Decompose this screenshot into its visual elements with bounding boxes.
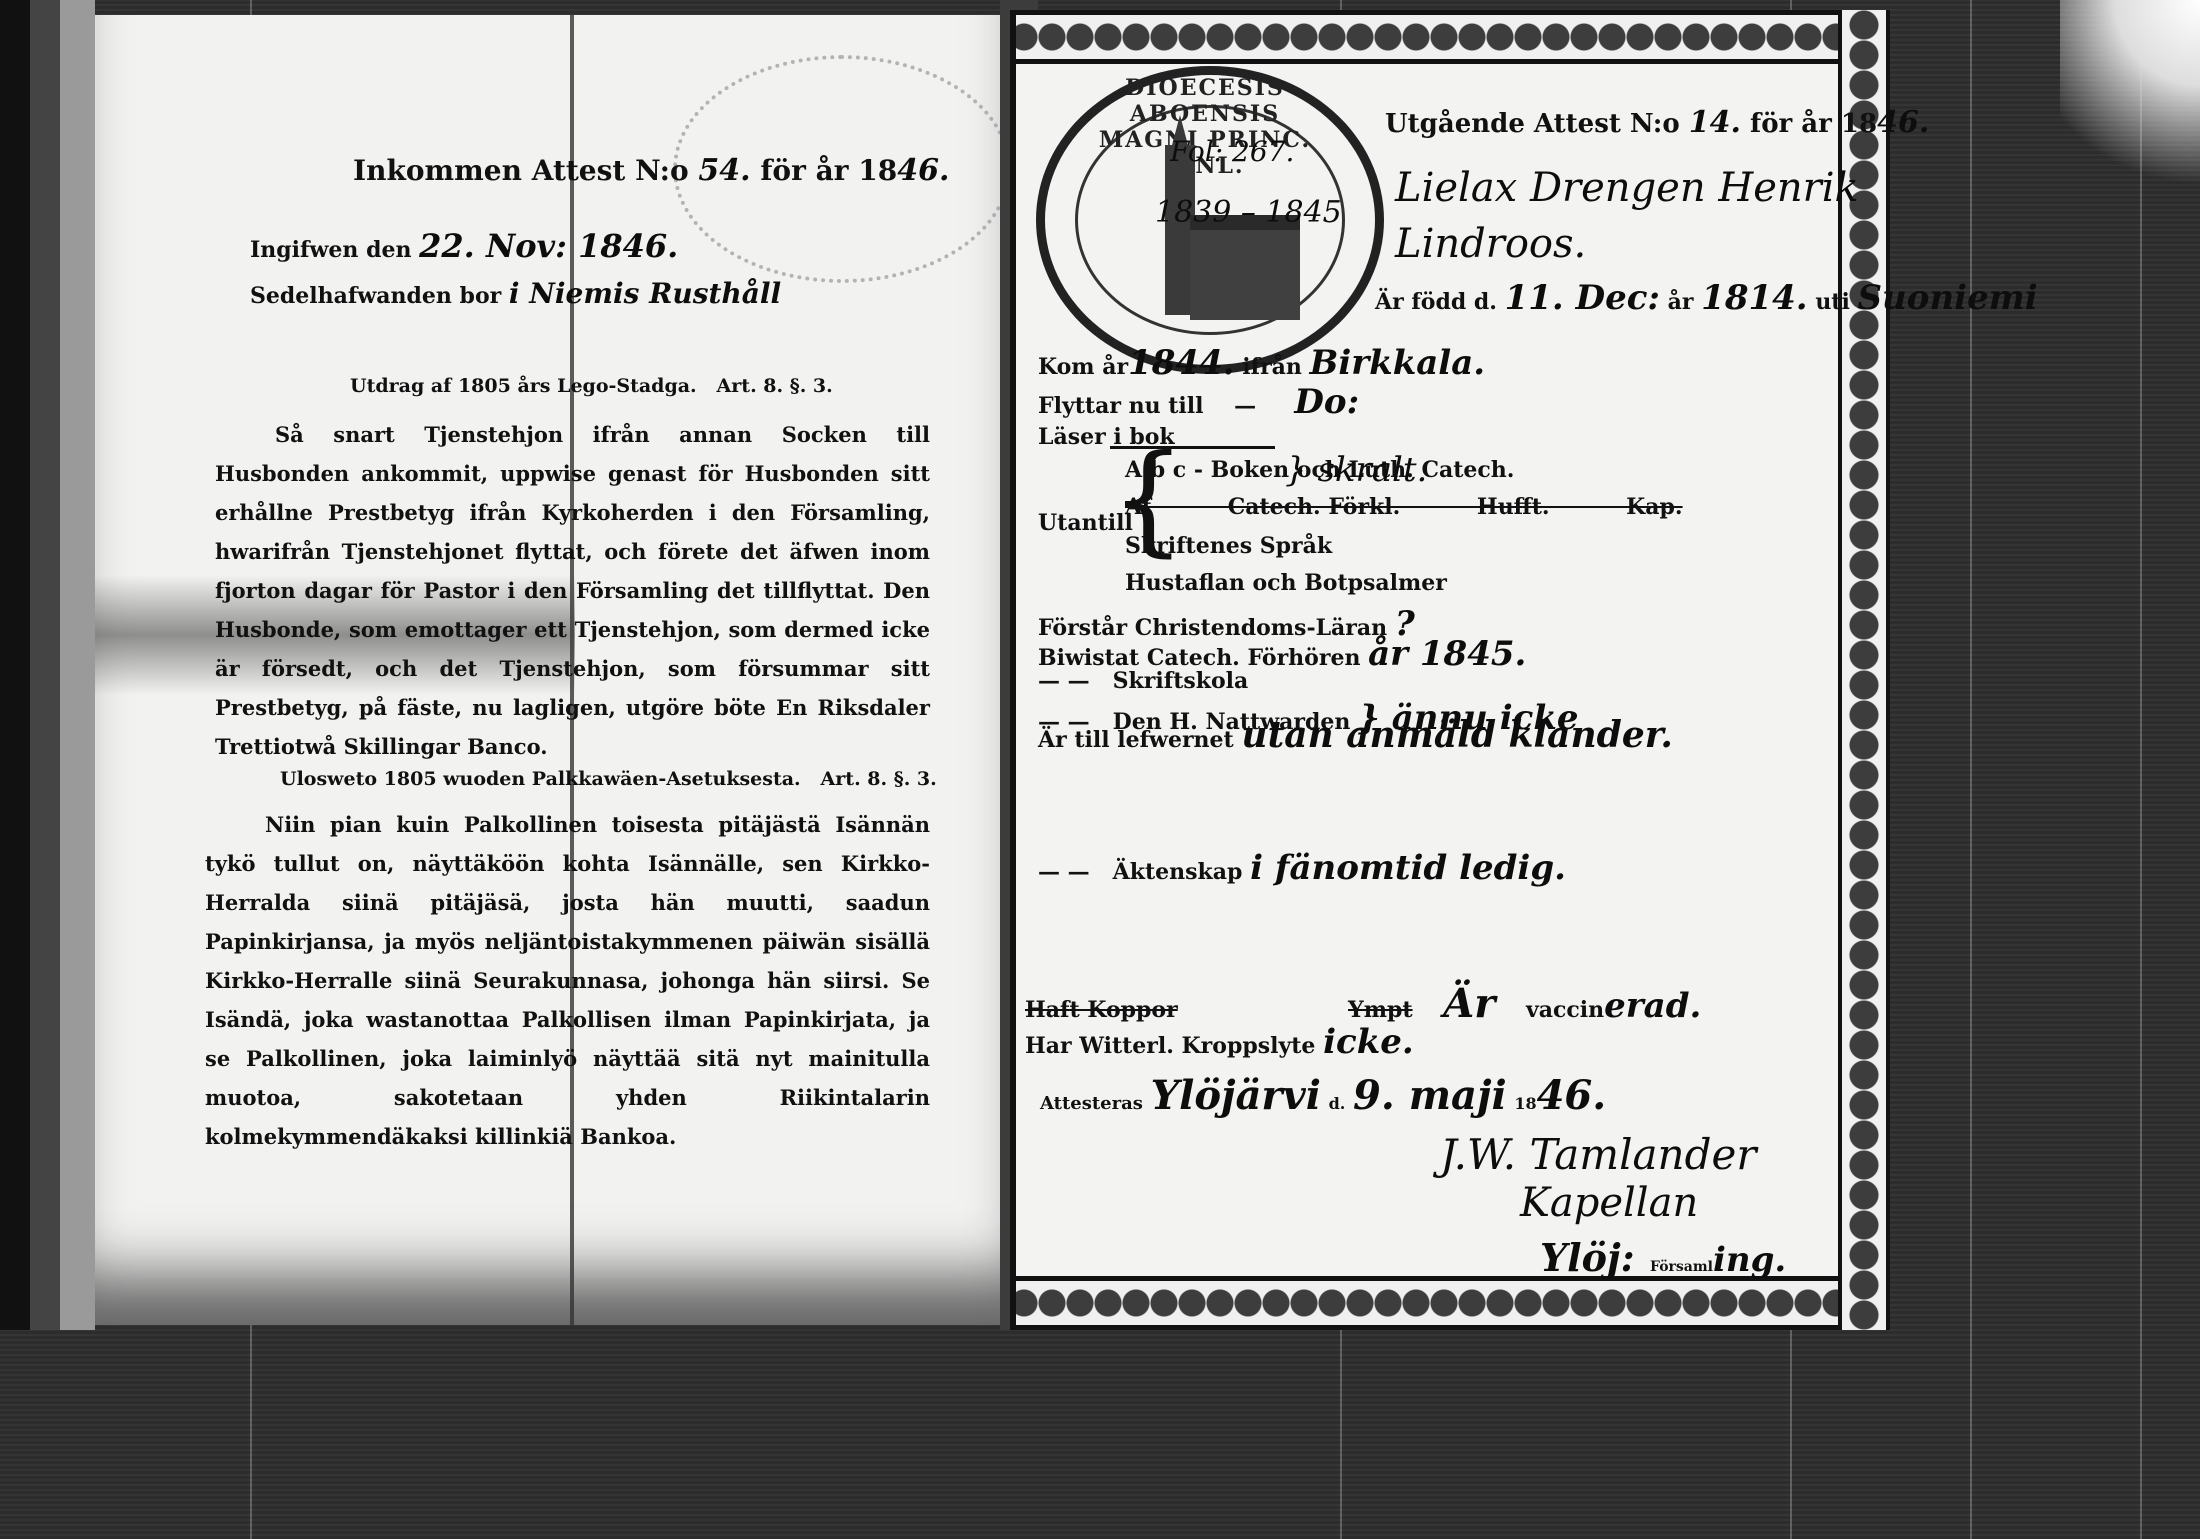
ornamental-border-bottom xyxy=(1010,1276,1890,1330)
illness-label: Har Witterl. Kroppslyte xyxy=(1025,1033,1315,1059)
parish-value: Ylöj: xyxy=(1540,1235,1635,1280)
vaccinated-suffix: erad. xyxy=(1604,986,1701,1026)
received-row: Ingifwen den 22. Nov: 1846. xyxy=(250,227,678,265)
attested-row: Attesteras Ylöjärvi d. 9. maji 1846. xyxy=(1040,1072,1606,1119)
dashes: — — xyxy=(1038,668,1090,694)
scan-line xyxy=(1970,0,1972,1539)
title-prefix: Utgående Attest N:o xyxy=(1385,109,1680,139)
came-from-label: ifrån xyxy=(1242,354,1302,380)
conduct-row: Är till lefwernet utan anmäld klander. xyxy=(1038,714,1673,756)
smallpox-row: Haft Koppor Ympt Är vaccinerad. xyxy=(1025,980,1701,1027)
article-ref: Art. 8. §. 3. xyxy=(821,768,937,790)
title-prefix: Inkommen Attest N:o xyxy=(353,154,689,187)
heading-text: Ulosweto 1805 wuoden Palkkawäen-Asetukse… xyxy=(280,768,801,790)
signature-parish-row: Ylöj: Församling. xyxy=(1540,1235,1786,1280)
church-icon xyxy=(1135,145,1305,325)
by-heart-item-1: Af Catech. Förkl. Hufft. Kap. xyxy=(1125,494,1683,520)
born-place-label: uti xyxy=(1815,289,1850,315)
residence-row: Sedelhafwanden bor i Niemis Rusthåll xyxy=(250,277,781,310)
diocese-seal: DIOECESIS ABOENSIS MAGNI PRINC. FINL. Fo… xyxy=(1036,66,1384,374)
border-left xyxy=(1010,10,1016,1330)
school-row: — — Skriftskola xyxy=(1038,668,1248,694)
marriage-label: Äktenskap xyxy=(1113,859,1243,885)
by-heart-item-2: Skriftenes Språk xyxy=(1125,533,1332,559)
swedish-excerpt-body: Så snart Tjenstehjon ifrån annan Socken … xyxy=(215,415,930,766)
year-suffix: 46. xyxy=(897,153,949,188)
church-nave xyxy=(1190,230,1300,320)
finnish-excerpt-heading: Ulosweto 1805 wuoden Palkkawäen-Asetukse… xyxy=(280,768,937,790)
right-page-outgoing-certificate: DIOECESIS ABOENSIS MAGNI PRINC. FINL. Fo… xyxy=(1010,10,1890,1330)
born-year-label: år xyxy=(1668,289,1694,315)
attested-year: 46. xyxy=(1537,1072,1607,1119)
moving-to-label: Flyttar nu till xyxy=(1038,393,1203,419)
incoming-title: Inkommen Attest N:o 54. för år 1846. xyxy=(353,153,949,188)
moving-to-row: Flyttar nu till — Do: xyxy=(1038,382,1359,422)
parish-suffix: ing. xyxy=(1713,1240,1786,1280)
born-year: 1814. xyxy=(1701,278,1807,318)
person-name: Lielax Drengen Henrik Lindroos. xyxy=(1395,160,1865,272)
certificate-number: 54. xyxy=(698,153,750,188)
had-smallpox-label: Haft Koppor xyxy=(1025,997,1178,1023)
smallpox-value: Är xyxy=(1443,980,1495,1027)
book-edge xyxy=(0,0,95,1330)
article-ref: Art. 8. §. 3. xyxy=(717,375,833,397)
born-row: Är född d. 11. Dec: år 1814. uti Suoniem… xyxy=(1375,278,2038,318)
ornamental-border-top xyxy=(1010,10,1890,64)
attested-date: 9. maji xyxy=(1353,1072,1507,1119)
attested-label: Attesteras xyxy=(1040,1093,1143,1114)
attested-place: Ylöjärvi xyxy=(1151,1072,1321,1119)
came-from: Birkkala. xyxy=(1310,343,1486,383)
came-label: Kom år xyxy=(1038,354,1128,380)
year-label: för år 18 xyxy=(1750,109,1877,139)
finnish-excerpt-body: Niin pian kuin Palkollinen toisesta pitä… xyxy=(205,805,930,1156)
date-prefix: d. xyxy=(1329,1094,1346,1113)
moving-to-value: Do: xyxy=(1294,382,1359,422)
seal-folio: Fol: 267. xyxy=(1170,135,1294,168)
born-day: 11. Dec: xyxy=(1505,278,1660,318)
conduct-value: utan anmäld klander. xyxy=(1241,714,1673,756)
by-heart-annotation: } skralt. xyxy=(1285,450,1427,490)
outgoing-title: Utgående Attest N:o 14. för år 1846. xyxy=(1385,105,1929,140)
received-date: 22. Nov: 1846. xyxy=(419,227,678,265)
illness-row: Har Witterl. Kroppslyte icke. xyxy=(1025,1022,1414,1062)
year-label: 18 xyxy=(1514,1094,1536,1113)
came-year: 1844. xyxy=(1128,343,1234,383)
left-page-incoming-certificate: Inkommen Attest N:o 54. för år 1846. Ing… xyxy=(95,15,1000,1325)
scan-line xyxy=(2140,0,2142,1539)
came-row: Kom år1844. ifrån Birkkala. xyxy=(1038,343,1485,383)
born-place: Suoniemi xyxy=(1858,278,2038,318)
seal-years: 1839 – 1845 xyxy=(1155,195,1342,230)
received-label: Ingifwen den xyxy=(250,237,411,263)
dashes: — — xyxy=(1038,859,1090,885)
year-suffix: 46. xyxy=(1877,105,1929,140)
residence-label: Sedelhafwanden bor xyxy=(250,283,501,309)
inoculated-label: Ympt xyxy=(1348,997,1413,1023)
swedish-excerpt-heading: Utdrag af 1805 års Lego-Stadga. Art. 8. … xyxy=(350,375,833,397)
certificate-number: 14. xyxy=(1689,105,1741,140)
marriage-row: — — Äktenskap i fänomtid ledig. xyxy=(1038,848,1566,888)
signature-title: Kapellan xyxy=(1520,1180,1698,1226)
dash: — xyxy=(1234,393,1256,419)
light-glare xyxy=(2060,0,2200,200)
signature-name: J.W. Tamlander xyxy=(1440,1130,1756,1179)
attended-value: år 1845. xyxy=(1368,634,1526,674)
year-label: för år 18 xyxy=(760,154,897,187)
vaccinated-label: vaccin xyxy=(1526,997,1604,1023)
by-heart-item-3: Hustaflan och Botpsalmer xyxy=(1125,570,1447,596)
illness-value: icke. xyxy=(1323,1022,1414,1062)
heading-text: Utdrag af 1805 års Lego-Stadga. xyxy=(350,375,697,397)
school-label: Skriftskola xyxy=(1113,668,1249,694)
marriage-value: i fänomtid ledig. xyxy=(1250,848,1566,888)
parish-label: Församl xyxy=(1650,1259,1713,1275)
residence-value: i Niemis Rusthåll xyxy=(509,277,781,310)
conduct-label: Är till lefwernet xyxy=(1038,727,1234,753)
born-label: Är född d. xyxy=(1375,289,1497,315)
